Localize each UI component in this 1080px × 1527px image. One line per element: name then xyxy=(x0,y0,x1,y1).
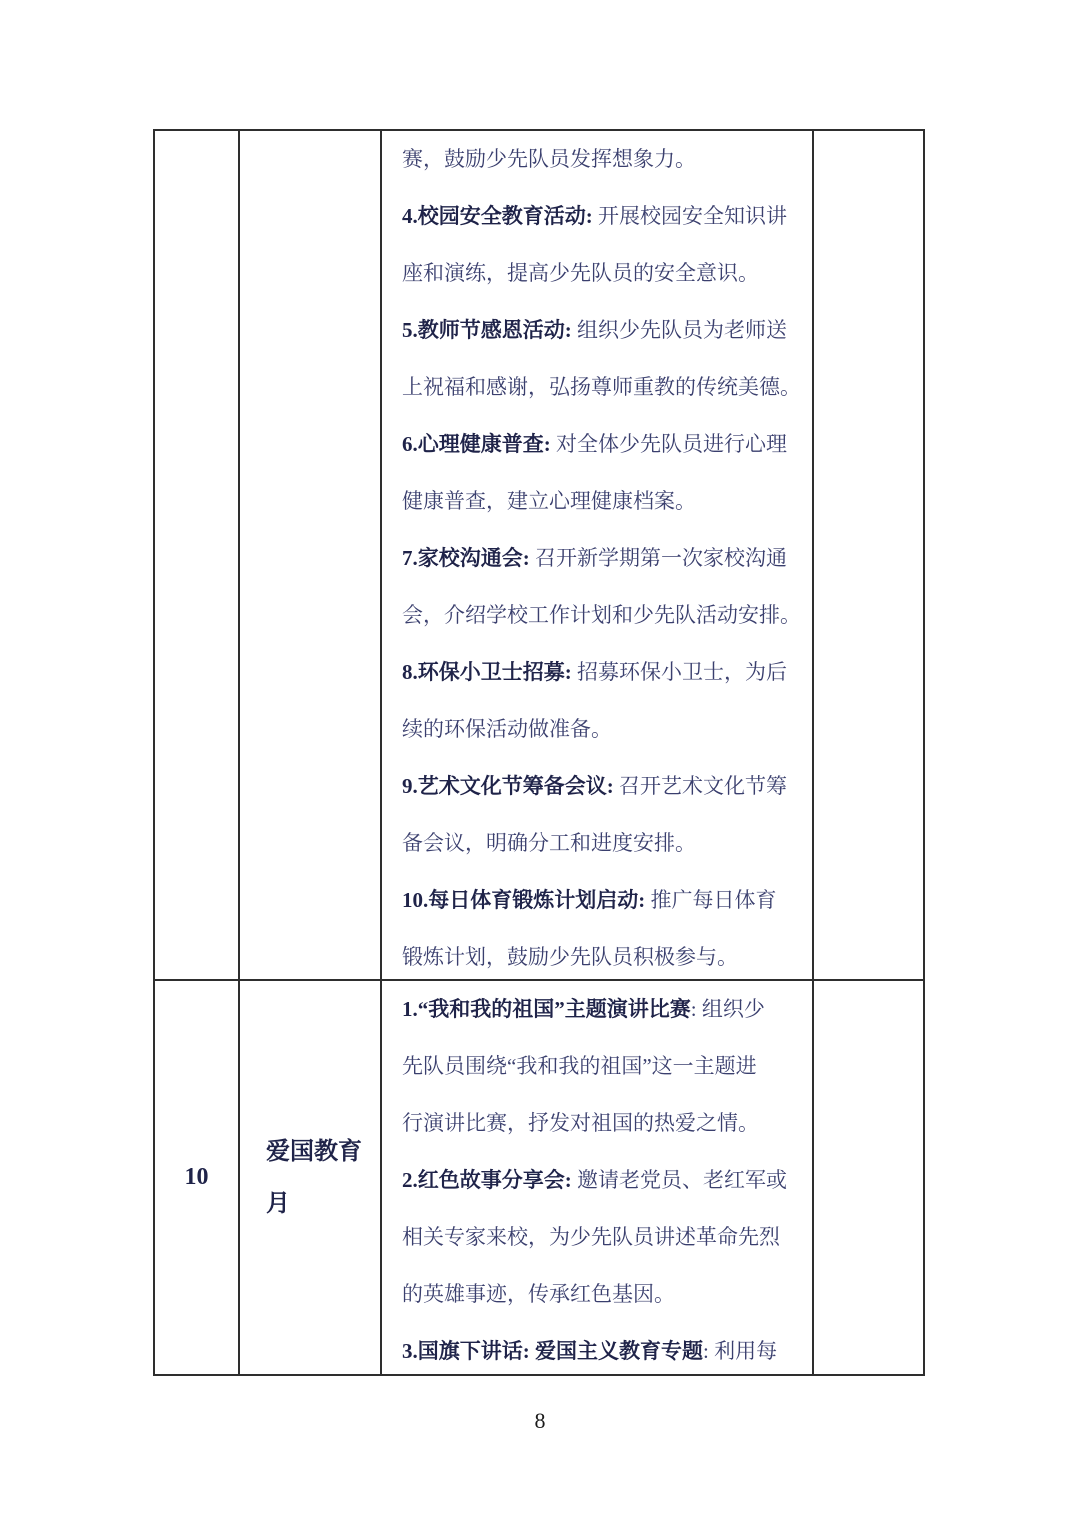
activity-description: 上祝福和感谢，弘扬尊师重教的传统美德。 xyxy=(402,375,801,399)
theme-cell xyxy=(240,131,382,981)
activity-description: 邀请老党员、老红军或 xyxy=(577,1168,787,1192)
theme-line: 爱国教育 xyxy=(266,1126,380,1178)
page-number: 8 xyxy=(0,1408,1080,1434)
activity-description: 相关专家来校，为少先队员讲述革命先烈 xyxy=(402,1225,780,1249)
activity-line: 锻炼计划，鼓励少先队员积极参与。 xyxy=(402,929,812,986)
activities-cell: 赛，鼓励少先队员发挥想象力。4.校园安全教育活动: 开展校园安全知识讲座和演练，… xyxy=(382,131,814,981)
activity-description: 锻炼计划，鼓励少先队员积极参与。 xyxy=(402,945,738,969)
activity-description: 召开艺术文化节筹 xyxy=(619,774,787,798)
theme-line: 月 xyxy=(266,1178,380,1230)
activity-line: 9.艺术文化节筹备会议: 召开艺术文化节筹 xyxy=(402,758,812,815)
activity-description: : 组织少 xyxy=(691,997,765,1021)
activity-line: 备会议，明确分工和进度安排。 xyxy=(402,815,812,872)
activity-line: 10.每日体育锻炼计划启动: 推广每日体育 xyxy=(402,872,812,929)
activity-line: 的英雄事迹，传承红色基因。 xyxy=(402,1266,812,1323)
activity-description: 推广每日体育 xyxy=(651,888,777,912)
activity-line: 相关专家来校，为少先队员讲述革命先烈 xyxy=(402,1209,812,1266)
activity-label: 1.“我和我的祖国”主题演讲比赛 xyxy=(402,997,691,1021)
activity-line: 6.心理健康普查: 对全体少先队员进行心理 xyxy=(402,416,812,473)
activity-line: 7.家校沟通会: 召开新学期第一次家校沟通 xyxy=(402,530,812,587)
activity-label: 7.家校沟通会: xyxy=(402,546,535,570)
activity-label: 8.环保小卫士招募: xyxy=(402,660,577,684)
activity-description: 赛，鼓励少先队员发挥想象力。 xyxy=(402,147,696,171)
activity-description: 召开新学期第一次家校沟通 xyxy=(535,546,787,570)
activity-description: 座和演练，提高少先队员的安全意识。 xyxy=(402,261,759,285)
theme-cell: 爱国教育月 xyxy=(240,981,382,1374)
activity-description: 会，介绍学校工作计划和少先队活动安排。 xyxy=(402,603,801,627)
activity-label: 6.心理健康普查: xyxy=(402,432,556,456)
activity-line: 1.“我和我的祖国”主题演讲比赛: 组织少 xyxy=(402,981,812,1038)
activity-description: 先队员围绕“我和我的祖国”这一主题进 xyxy=(402,1054,757,1078)
activity-description: 招募环保小卫士，为后 xyxy=(577,660,787,684)
activity-line: 5.教师节感恩活动: 组织少先队员为老师送 xyxy=(402,302,812,359)
activity-label: 3.国旗下讲话: 爱国主义教育专题 xyxy=(402,1339,703,1363)
activities-cell: 1.“我和我的祖国”主题演讲比赛: 组织少先队员围绕“我和我的祖国”这一主题进行… xyxy=(382,981,814,1374)
activity-line: 3.国旗下讲话: 爱国主义教育专题: 利用每 xyxy=(402,1323,812,1380)
activity-label: 9.艺术文化节筹备会议: xyxy=(402,774,619,798)
activity-label: 5.教师节感恩活动: xyxy=(402,318,577,342)
activity-description: 行演讲比赛，抒发对祖国的热爱之情。 xyxy=(402,1111,759,1135)
activity-line: 8.环保小卫士招募: 招募环保小卫士，为后 xyxy=(402,644,812,701)
activity-line: 先队员围绕“我和我的祖国”这一主题进 xyxy=(402,1038,812,1095)
month-cell xyxy=(155,131,240,981)
activity-description: 开展校园安全知识讲 xyxy=(598,204,787,228)
activity-line: 续的环保活动做准备。 xyxy=(402,701,812,758)
activity-label: 10.每日体育锻炼计划启动: xyxy=(402,888,651,912)
activity-description: 备会议，明确分工和进度安排。 xyxy=(402,831,696,855)
month-cell: 10 xyxy=(155,981,240,1374)
activity-label: 2.红色故事分享会: xyxy=(402,1168,577,1192)
activity-line: 行演讲比赛，抒发对祖国的热爱之情。 xyxy=(402,1095,812,1152)
document-page: 赛，鼓励少先队员发挥想象力。4.校园安全教育活动: 开展校园安全知识讲座和演练，… xyxy=(0,0,1080,1527)
activity-description: 健康普查，建立心理健康档案。 xyxy=(402,489,696,513)
activity-line: 赛，鼓励少先队员发挥想象力。 xyxy=(402,131,812,188)
activity-line: 座和演练，提高少先队员的安全意识。 xyxy=(402,245,812,302)
activity-description: : 利用每 xyxy=(703,1339,777,1363)
activity-table: 赛，鼓励少先队员发挥想象力。4.校园安全教育活动: 开展校园安全知识讲座和演练，… xyxy=(153,129,925,1376)
activity-line: 会，介绍学校工作计划和少先队活动安排。 xyxy=(402,587,812,644)
activity-description: 对全体少先队员进行心理 xyxy=(556,432,787,456)
activity-description: 组织少先队员为老师送 xyxy=(577,318,787,342)
activity-line: 上祝福和感谢，弘扬尊师重教的传统美德。 xyxy=(402,359,812,416)
activity-description: 续的环保活动做准备。 xyxy=(402,717,612,741)
activity-line: 2.红色故事分享会: 邀请老党员、老红军或 xyxy=(402,1152,812,1209)
notes-cell xyxy=(814,131,923,981)
activity-line: 4.校园安全教育活动: 开展校园安全知识讲 xyxy=(402,188,812,245)
notes-cell xyxy=(814,981,923,1374)
activity-line: 健康普查，建立心理健康档案。 xyxy=(402,473,812,530)
activity-label: 4.校园安全教育活动: xyxy=(402,204,598,228)
activity-description: 的英雄事迹，传承红色基因。 xyxy=(402,1282,675,1306)
